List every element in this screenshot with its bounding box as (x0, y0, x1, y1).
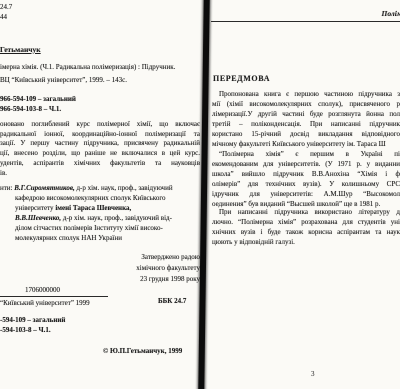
annotation-paragraph: оновано поглиблений курс полімерної хімі… (0, 120, 200, 178)
left-page: 24.7 44 Гетьманчук імерна хімія. (Ч.1. Р… (0, 0, 203, 389)
bbk-code-top: 24.7 (0, 3, 12, 13)
isbn-part1: 966-594-103-8 – Ч.1. (0, 104, 76, 114)
page-number: 3 (311, 370, 315, 380)
preface-heading: ПЕРЕДМОВА (213, 74, 270, 83)
reviewer-2-line3: молекулярних сполук НАН України (0, 233, 203, 243)
right-page: Полім ПЕРЕДМОВА Пропонована книга є перш… (211, 0, 400, 389)
copyright-line: © Ю.П.Гетьманчук, 1999 (103, 347, 182, 357)
reviewer-2-line2: ділом сітчастих полімерів Інституту хімі… (0, 223, 203, 233)
reviewers-label: нти: (0, 184, 14, 192)
reviewer-1-line3-bold: імені Тараса Шевченка, (55, 204, 131, 212)
imprint-divider-rule (0, 296, 108, 297)
reviewer-1-line3: університету імені Тараса Шевченка, (0, 203, 203, 213)
reviewer-2-name: В.В.Шевченко, (15, 214, 61, 222)
print-order-code: 1706000000 (25, 286, 60, 296)
reviewer-1-name: В.Г.Сиромятников, (14, 184, 74, 192)
running-header-rule (211, 21, 400, 22)
isbn-top: 966-594-109 – загальний 966-594-103-8 – … (0, 94, 76, 114)
reviewer-1-line1: нти: В.Г.Сиромятников, д-р хім. наук, пр… (0, 183, 203, 193)
reviewer-1-line3-normal: університету (15, 204, 55, 212)
preface-paragraph-3: При написанні підручника використано літ… (212, 207, 400, 247)
preface-paragraph-2: “Полімерна хімія” є першим в Україні піе… (212, 149, 400, 209)
reviewer-1-line2: кафедрою високомолекулярних сполук Київс… (0, 193, 203, 203)
preface-paragraph-1: Пропонована книга є першою частиною підр… (212, 89, 400, 149)
publisher-imprint: “Київський університет” 1999 (0, 299, 90, 309)
reviewer-2-line1: В.В.Шевченко, д-р хім. наук, проф., заві… (0, 213, 203, 223)
bibliographic-entry: імерна хімія. (Ч.1. Радикальна полімериз… (0, 61, 203, 87)
author-sigil-code: 44 (0, 13, 7, 23)
approval-stamp: Затверджено радоюхімічного факультету23 … (90, 252, 200, 284)
reviewers-block: нти: В.Г.Сиромятников, д-р хім. наук, пр… (0, 183, 203, 243)
isbn-bottom-general: -594-109 – загальний (0, 315, 65, 325)
bbk-code-bottom: ББК 24.7 (158, 297, 186, 307)
reviewer-1-title: д-р хім. наук, проф., завідуючий (75, 184, 173, 192)
scanned-book-spread: 24.7 44 Гетьманчук імерна хімія. (Ч.1. Р… (0, 0, 400, 389)
reviewer-2-title: д-р хім. наук, проф., завідуючий від- (61, 214, 172, 222)
isbn-bottom-part1: -594-103-8 – Ч.1. (0, 325, 65, 335)
isbn-bottom: -594-109 – загальний -594-103-8 – Ч.1. (0, 315, 65, 335)
isbn-general: 966-594-109 – загальний (0, 94, 76, 104)
running-header: Полім (382, 9, 400, 18)
author-name: Гетьманчук (0, 45, 41, 55)
